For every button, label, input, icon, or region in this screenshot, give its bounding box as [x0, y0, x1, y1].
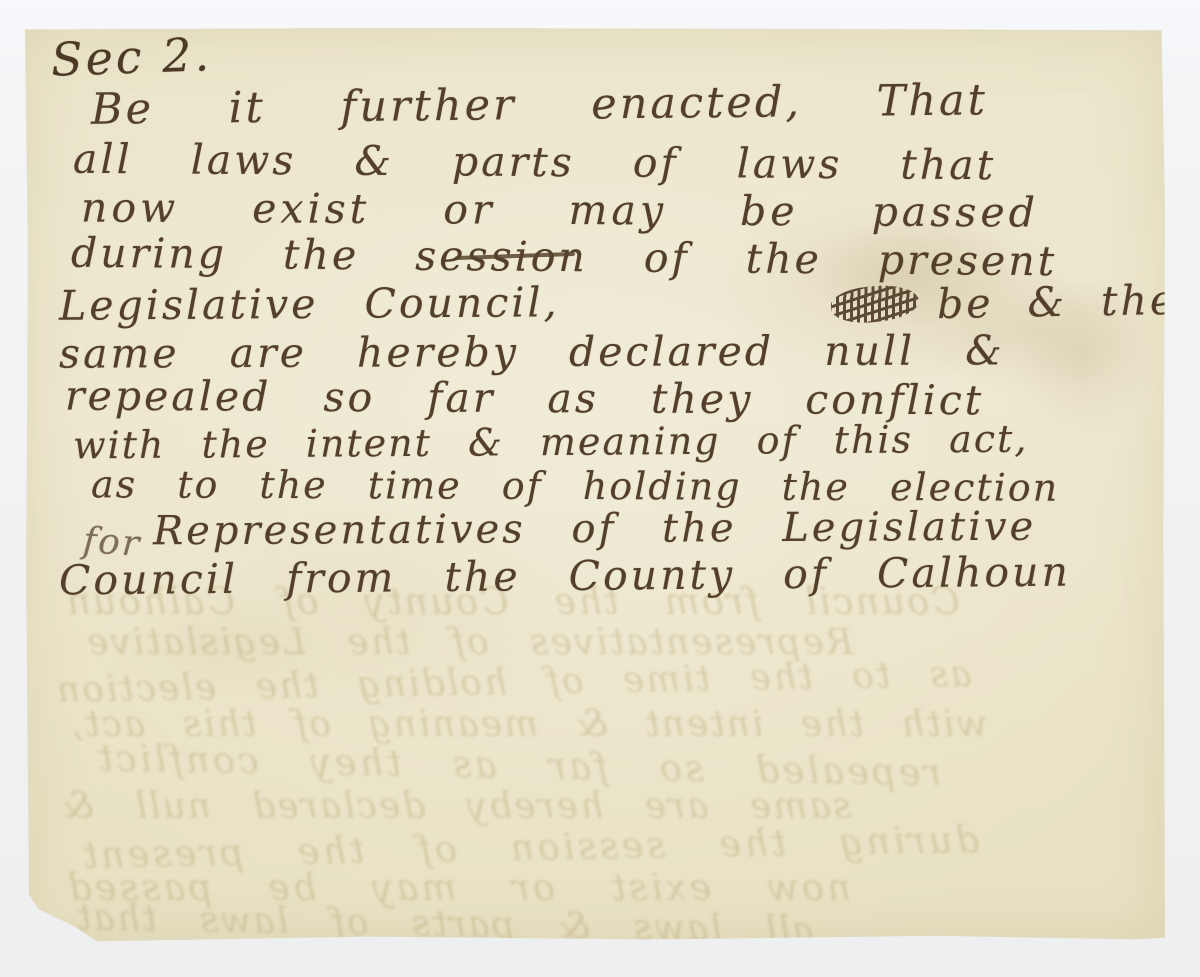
handwritten-line: Representatives of the Legislative	[153, 504, 1036, 555]
bleed-through-line: during the session of the present	[80, 818, 980, 877]
bleed-through-line: with the intent & meaning of this act,	[70, 704, 987, 745]
handwritten-line: as to the time of holding the election	[91, 462, 1059, 509]
bleed-through-line: as to the time of holding the election	[55, 654, 972, 711]
handwritten-line: now exist or may be passed	[81, 183, 1039, 236]
bleed-through-line: same are hereby declared null &	[60, 786, 851, 827]
handwritten-line: with the intent & meaning of this act,	[73, 417, 1029, 468]
bleed-through-line: repealed so far as they conflict	[95, 737, 942, 795]
handwritten-line: be & the	[937, 276, 1178, 328]
handwritten-line: repealed so far as they conflict	[65, 372, 984, 425]
scanned-document-image: Council from the County of Calhoun Repre…	[0, 0, 1200, 977]
handwritten-line: Legislative Council,	[59, 278, 560, 329]
bleed-through-line: Representatives of the Legislative	[85, 622, 853, 663]
handwritten-line: Council from the County of Calhoun	[59, 548, 1071, 605]
handwritten-line: Be it further enacted, That	[91, 75, 988, 134]
paper-stain	[85, 588, 345, 708]
ink-scribble-strikeout	[829, 281, 920, 326]
handwritten-line: during the session of the present	[71, 229, 1058, 286]
section-heading: Sec 2.	[50, 27, 213, 87]
handwritten-line: all laws & parts of laws that	[73, 135, 997, 189]
paper-sheet: Council from the County of Calhoun Repre…	[25, 28, 1165, 944]
bleed-through-line: now exist or may be passed	[65, 866, 851, 909]
handwritten-line: same are hereby declared null &	[59, 326, 1005, 377]
bleed-through-line: all laws & parts of laws that	[75, 898, 815, 952]
